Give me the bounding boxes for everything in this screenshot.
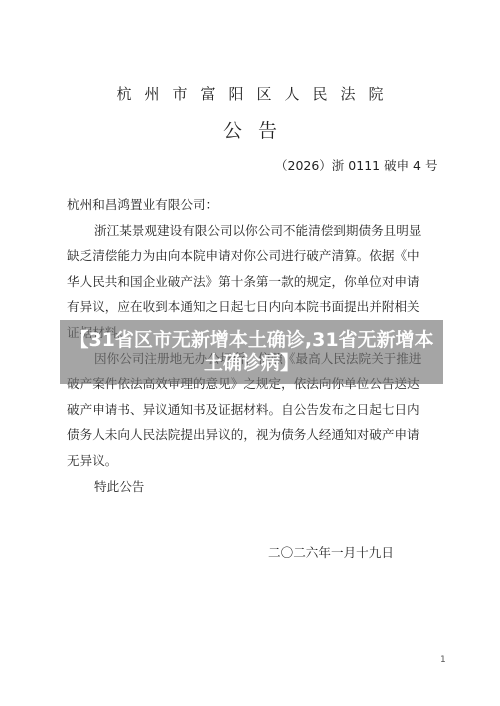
paragraph-line: 破产申请书、异议通知书及证据材料。自公告发布之日起七日内: [67, 397, 447, 423]
paragraph-line: 债务人未向人民法院提出异议的，视为债务人经通知对破产申请: [67, 422, 447, 448]
closing-line: 特此公告: [67, 474, 447, 500]
headline-overlay-text: 【31省区市无新增本土确诊,31省无新增本土确诊病】: [60, 329, 443, 375]
paragraph-line: 缺乏清偿能力为由向本院申请对你公司进行破产清算。依据《中: [67, 243, 447, 269]
page-number: 1: [440, 654, 446, 666]
paragraph-line: 有异议，应在收到本通知之日起七日内向本院书面提出并附相关: [67, 294, 447, 320]
document-page: 杭州市富阳区人民法院 公告 （2026）浙 0111 破申 4 号 杭州和昌鸿置…: [0, 0, 500, 706]
headline-overlay-banner: 【31省区市无新增本土确诊,31省无新增本土确诊病】: [60, 320, 443, 384]
notice-title: 公告: [0, 119, 500, 143]
case-number: （2026）浙 0111 破申 4 号: [275, 158, 437, 174]
recipient-line: 杭州和昌鸿置业有限公司：: [67, 192, 447, 218]
paragraph-line: 华人民共和国企业破产法》第十条第一款的规定，你单位对申请: [67, 269, 447, 295]
court-name-heading: 杭州市富阳区人民法院: [0, 85, 500, 103]
paragraph-line: 无异议。: [67, 448, 447, 474]
paragraph-line: 浙江某景观建设有限公司以你公司不能清偿到期债务且明显: [67, 218, 447, 244]
issue-date: 二〇二六年一月十九日: [268, 545, 394, 561]
